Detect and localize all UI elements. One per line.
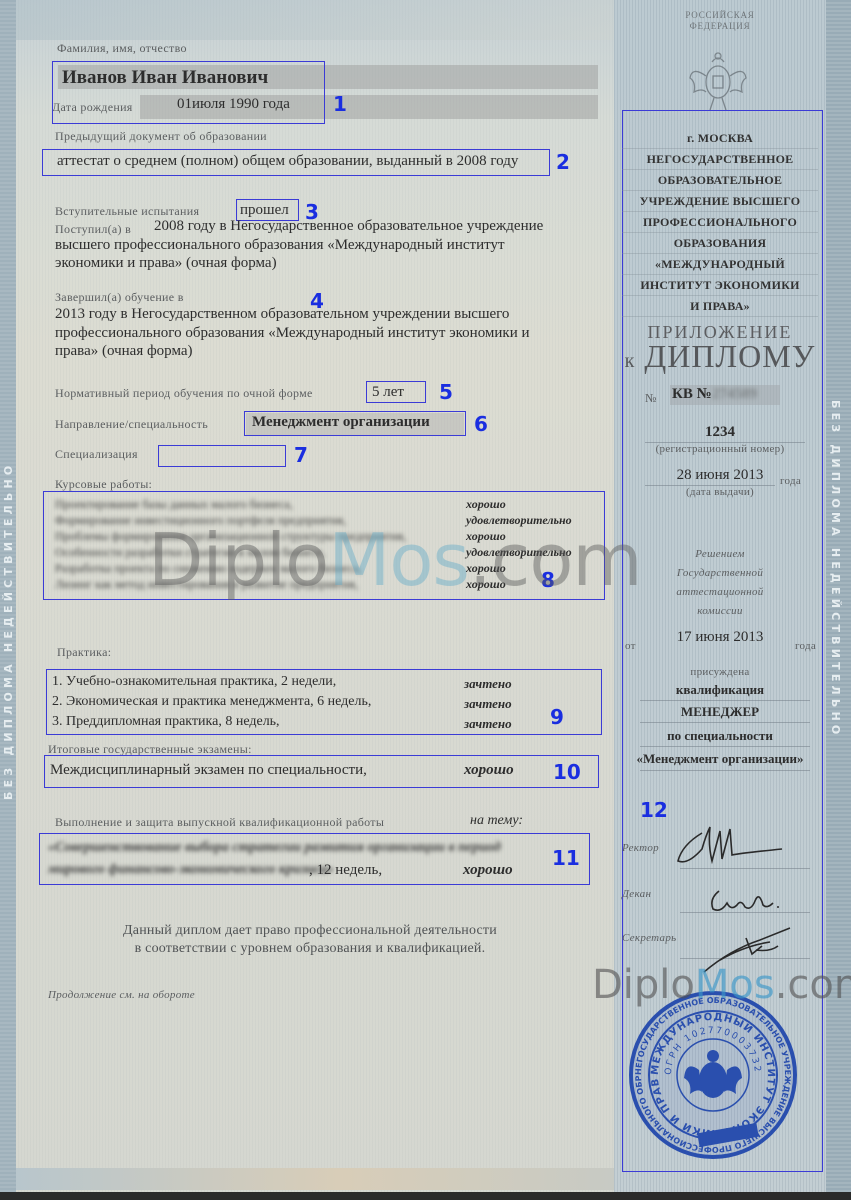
rector-signature-icon: [672, 815, 787, 870]
annotation-number-2: 2: [556, 150, 570, 174]
watermark-part: Mos: [328, 518, 469, 602]
coursework-grade: хорошо: [466, 497, 506, 512]
thesis-topic-label: на тему:: [470, 813, 523, 829]
annotation-box-2: [42, 149, 550, 176]
dean-signature-icon: [705, 885, 785, 917]
practice-title: 1. Учебно-ознакомительная практика, 2 не…: [52, 674, 336, 690]
entrance-label: Вступительные испытания: [55, 204, 199, 219]
annotation-box-1: [52, 61, 325, 124]
specialization-label: Специализация: [55, 447, 138, 462]
registration-number: 1234: [622, 424, 818, 441]
top-band: [16, 0, 616, 40]
completion-line-1: 2013 году в Негосударственном образовате…: [55, 306, 509, 323]
rights-line: Данный диплом дает право профессионально…: [60, 922, 560, 940]
thesis-grade: хорошо: [463, 862, 513, 879]
institution-line: НЕГОСУДАРСТВЕННОЕ: [622, 149, 818, 170]
continued-note: Продолжение см. на обороте: [48, 989, 195, 1001]
commission-line: Решением: [622, 545, 818, 564]
diploma-series: КВ №: [672, 386, 712, 403]
coat-of-arms-icon: [686, 48, 750, 114]
divider: [640, 700, 810, 701]
watermark-bottom: DiploMos.com: [592, 962, 851, 1008]
thesis-label: Выполнение и защита выпускной квалификац…: [55, 815, 384, 830]
appendix-subtitle: к ДИПЛОМУ: [614, 338, 826, 375]
watermark-part: Mos: [695, 962, 775, 1008]
completion-line-3: права» (очная форма): [55, 343, 193, 360]
prev-doc-label: Предыдущий документ об образовании: [55, 129, 267, 144]
institution-line: ОБРАЗОВАТЕЛЬНОЕ: [622, 170, 818, 191]
watermark-part: .com: [469, 518, 642, 602]
enrolled-line-2: высшего профессионального образования «М…: [55, 237, 505, 254]
awarded-label: присуждена: [622, 666, 818, 678]
institution-seal-icon: НЕГОСУДАРСТВЕННОЕ ОБРАЗОВАТЕЛЬНОЕ УЧРЕЖД…: [628, 990, 798, 1160]
watermark-part: .com: [775, 962, 851, 1008]
appendix-diploma-word: ДИПЛОМУ: [644, 338, 815, 374]
enrolled-label: Поступил(а) в: [55, 222, 131, 237]
rector-label: Ректор: [622, 842, 659, 854]
annotation-box-6: [244, 411, 466, 436]
right-strip-text: БЕЗ ДИПЛОМА НЕДЕЙСТВИТЕЛЬНО: [829, 400, 842, 738]
practice-grade: зачтено: [464, 716, 512, 732]
completion-label: Завершил(а) обучение в: [55, 290, 184, 305]
issue-caption: (дата выдачи): [622, 486, 818, 498]
institution-line: ИНСТИТУТ ЭКОНОМИКИ: [622, 275, 818, 296]
institution-line: ОБРАЗОВАНИЯ: [622, 233, 818, 254]
watermark-center: DiploMos.com: [148, 518, 642, 602]
commission-specialty: «Менеджмент организации»: [614, 751, 826, 767]
institution-name: г. МОСКВА НЕГОСУДАРСТВЕННОЕ ОБРАЗОВАТЕЛЬ…: [622, 128, 818, 317]
coursework-label: Курсовые работы:: [55, 477, 152, 492]
qualification-label: квалификация: [622, 682, 818, 698]
enrolled-line-3: экономики и права» (очная форма): [55, 255, 277, 272]
enrolled-line-1: 2008 году в Негосударственное образовате…: [154, 218, 543, 235]
institution-line: ПРОФЕССИОНАЛЬНОГО: [622, 212, 818, 233]
commission-line: Государственной: [622, 564, 818, 583]
divider: [640, 722, 810, 723]
annotation-number-5: 5: [439, 380, 453, 404]
fio-label: Фамилия, имя, отчество: [57, 41, 187, 56]
coursework-title: Проектирование базы данных малого бизнес…: [55, 497, 293, 512]
commission-line: комиссии: [622, 602, 818, 621]
diploma-number-blurred: 274589: [712, 386, 757, 403]
country-title: РОССИЙСКАЯ ФЕДЕРАЦИЯ: [614, 10, 826, 32]
institution-line: И ПРАВА»: [622, 296, 818, 317]
specialty-label: Направление/специальность: [55, 417, 208, 432]
practice-grade: зачтено: [464, 676, 512, 692]
watermark-part: Diplo: [592, 962, 695, 1008]
annotation-number-9: 9: [550, 705, 564, 729]
number-sign: №: [645, 391, 657, 406]
practice-grade: зачтено: [464, 696, 512, 712]
appendix-prefix: к: [625, 350, 636, 372]
left-strip-text: БЕЗ ДИПЛОМА НЕДЕЙСТВИТЕЛЬНО: [2, 462, 15, 800]
specialty-label: по специальности: [622, 728, 818, 744]
divider: [640, 770, 810, 771]
country-line: РОССИЙСКАЯ: [614, 10, 826, 21]
watermark-part: Diplo: [148, 518, 328, 602]
practice-title: 2. Экономическая и практика менеджмента,…: [52, 694, 371, 710]
institution-line: «МЕЖДУНАРОДНЫЙ: [622, 254, 818, 275]
annotation-number-7: 7: [294, 443, 308, 467]
commission-date: 17 июня 2013: [622, 629, 818, 646]
institution-line: УЧРЕЖДЕНИЕ ВЫСШЕГО: [622, 191, 818, 212]
rights-line: в соответствии с уровнем образования и к…: [60, 940, 560, 958]
qualification-value: МЕНЕДЖЕР: [622, 704, 818, 720]
annotation-box-7: [158, 445, 286, 467]
period-label: Нормативный период обучения по очной фор…: [55, 386, 313, 401]
exam-title: Междисциплинарный экзамен по специальнос…: [50, 762, 367, 779]
secretary-label: Секретарь: [622, 932, 676, 944]
annotation-box-5: [366, 381, 426, 403]
institution-line: г. МОСКВА: [622, 128, 818, 149]
annotation-number-10: 10: [553, 760, 581, 784]
divider: [640, 746, 810, 747]
dean-label: Декан: [622, 888, 651, 900]
annotation-number-6: 6: [474, 412, 488, 436]
rights-text: Данный диплом дает право профессионально…: [60, 922, 560, 958]
commission-line: аттестационной: [622, 583, 818, 602]
completion-line-2: профессионального образования «Междунаро…: [55, 325, 530, 342]
practice-label: Практика:: [57, 645, 111, 660]
country-line: ФЕДЕРАЦИЯ: [614, 21, 826, 32]
thesis-topic-line-1: «Совершенствование выбора стратегии разв…: [48, 840, 501, 856]
commission-text: Решением Государственной аттестационной …: [622, 545, 818, 621]
exam-grade: хорошо: [464, 762, 514, 779]
annotation-number-11: 11: [552, 846, 580, 870]
registration-caption: (регистрационный номер): [622, 443, 818, 455]
annotation-number-1: 1: [333, 92, 347, 116]
thesis-topic-line-2: мирового финансово-экономического кризис…: [48, 862, 334, 878]
commission-year-suffix: года: [795, 640, 816, 652]
thesis-duration: , 12 недель,: [309, 862, 382, 879]
practice-title: 3. Преддипломная практика, 8 недель,: [52, 714, 280, 730]
annotation-number-12: 12: [640, 798, 668, 822]
